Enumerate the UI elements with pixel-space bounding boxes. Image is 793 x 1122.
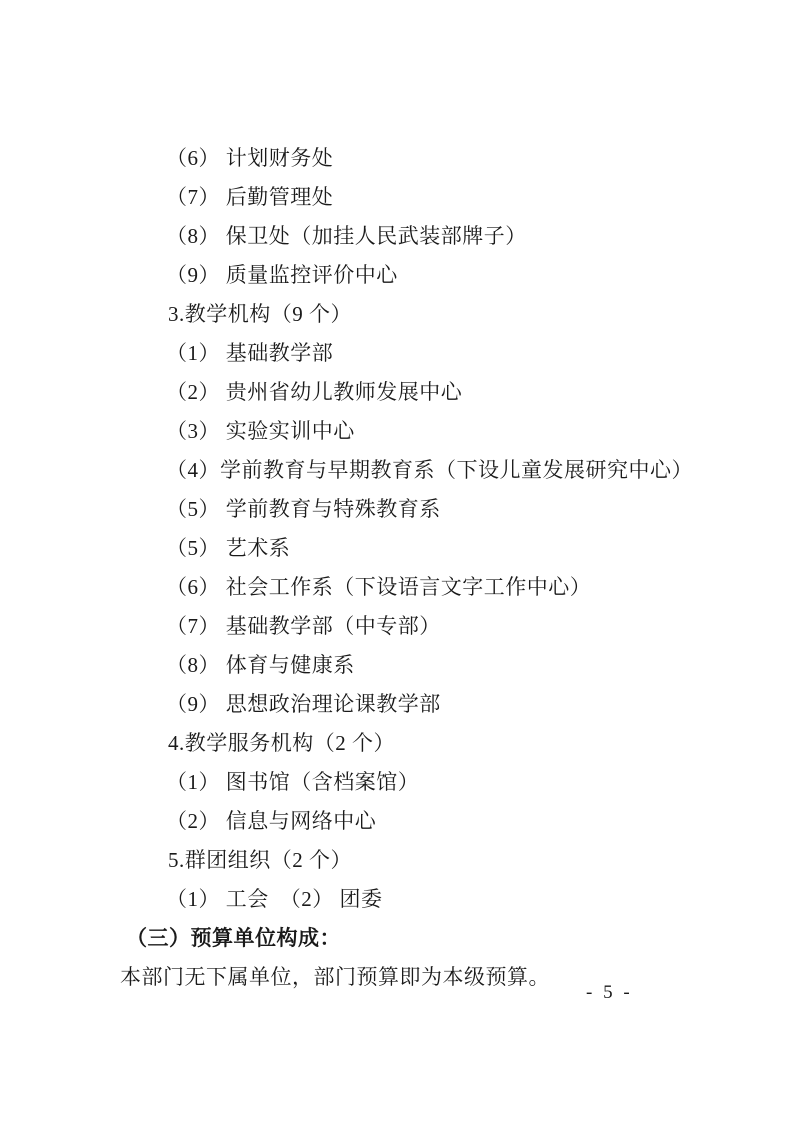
doc-line-list-item: （6） 社会工作系（下设语言文字工作中心） [0,568,793,607]
doc-line-list-item: （1） 图书馆（含档案馆） [0,763,793,802]
page-number: - 5 - [586,982,633,1004]
doc-line-list-item: （3） 实验实训中心 [0,412,793,451]
doc-line-paragraph: 本部门无下属单位，部门预算即为本级预算。 [0,958,793,997]
doc-line-list-item: （9） 质量监控评价中心 [0,256,793,295]
document-body: （6） 计划财务处 （7） 后勤管理处 （8） 保卫处（加挂人民武装部牌子） （… [0,139,793,997]
doc-line-list-item: （5） 艺术系 [0,529,793,568]
doc-line-list-item: （8） 保卫处（加挂人民武装部牌子） [0,217,793,256]
doc-line-list-item: （2） 贵州省幼儿教师发展中心 [0,373,793,412]
doc-line-section-header: 3.教学机构（9 个） [0,295,793,334]
doc-line-list-item: （2） 信息与网络中心 [0,802,793,841]
doc-line-bold-heading: （三）预算单位构成： [0,919,793,958]
doc-line-list-item: （4）学前教育与早期教育系（下设儿童发展研究中心） [0,451,793,490]
doc-line-list-item: （9） 思想政治理论课教学部 [0,685,793,724]
doc-line-list-item: （5） 学前教育与特殊教育系 [0,490,793,529]
doc-line-section-header: 5.群团组织（2 个） [0,841,793,880]
doc-line-list-item: （1） 工会 （2） 团委 [0,880,793,919]
doc-line-list-item: （7） 基础教学部（中专部） [0,607,793,646]
doc-line-section-header: 4.教学服务机构（2 个） [0,724,793,763]
doc-line-list-item: （1） 基础教学部 [0,334,793,373]
doc-line-list-item: （7） 后勤管理处 [0,178,793,217]
doc-line-list-item: （8） 体育与健康系 [0,646,793,685]
doc-line-list-item: （6） 计划财务处 [0,139,793,178]
